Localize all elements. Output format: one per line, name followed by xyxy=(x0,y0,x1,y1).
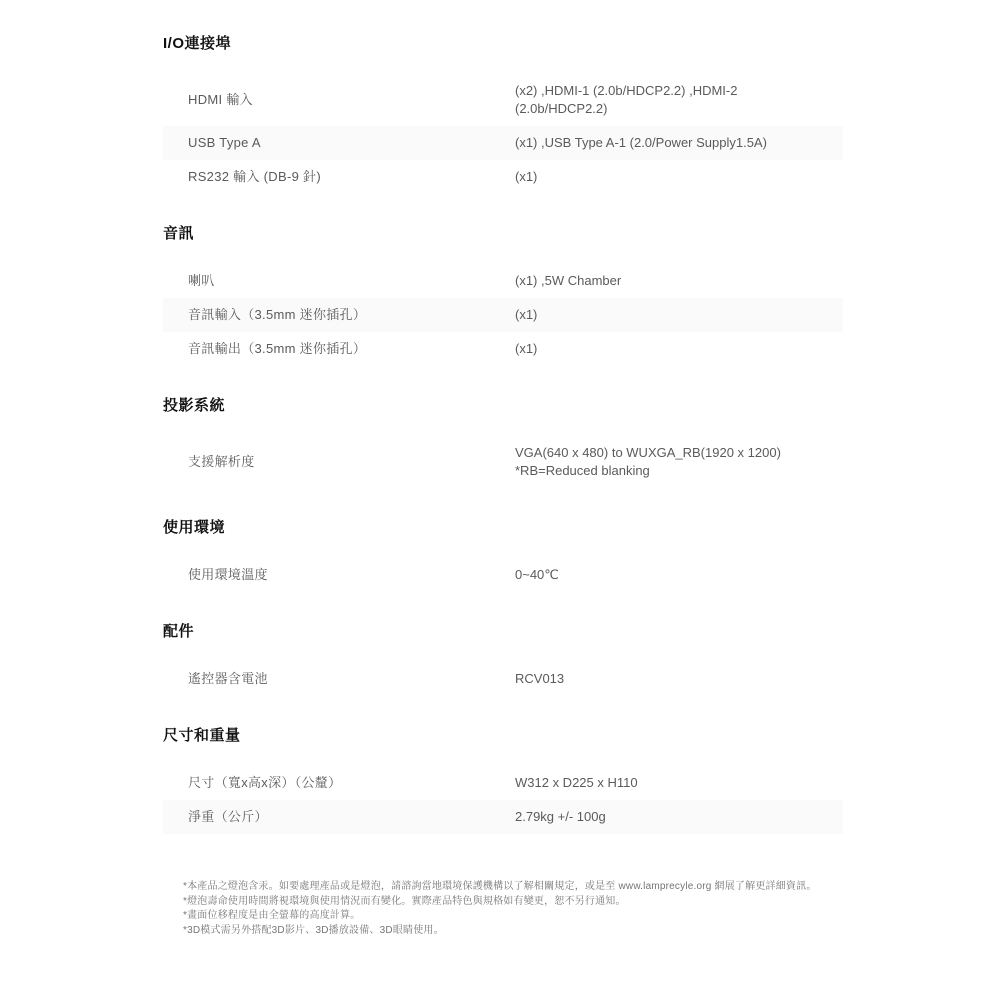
spec-label: RS232 輸入 (DB-9 針) xyxy=(188,168,515,186)
spec-value-line: (x1) xyxy=(515,340,833,358)
spec-value-line: 2.79kg +/- 100g xyxy=(515,808,833,826)
footnote-line: *畫面位移程度是由全螢幕的高度計算。 xyxy=(183,909,843,924)
footnote-line: *3D模式需另外搭配3D影片、3D播放設備、3D眼睛使用。 xyxy=(183,924,843,939)
spec-label: 尺寸（寬x高x深）（公釐） xyxy=(188,774,515,792)
spec-value: (x1) xyxy=(515,306,833,324)
section-title: 使用環境 xyxy=(163,520,843,536)
section-io-ports: I/O連接埠 HDMI 輸入 (x2) ,HDMI-1 (2.0b/HDCP2.… xyxy=(163,36,843,194)
section-dimensions-weight: 尺寸和重量 尺寸（寬x高x深）（公釐） W312 x D225 x H110 淨… xyxy=(163,728,843,834)
spec-value-line: W312 x D225 x H110 xyxy=(515,774,833,792)
spec-label: 淨重（公斤） xyxy=(188,808,515,826)
section-title: 尺寸和重量 xyxy=(163,728,843,744)
spec-rows: 尺寸（寬x高x深）（公釐） W312 x D225 x H110 淨重（公斤） … xyxy=(163,766,843,834)
spec-row: 使用環境溫度 0~40℃ xyxy=(163,558,843,592)
spec-sheet-page: I/O連接埠 HDMI 輸入 (x2) ,HDMI-1 (2.0b/HDCP2.… xyxy=(0,0,1000,1000)
spec-value: (x1) xyxy=(515,168,833,186)
spec-value-line: VGA(640 x 480) to WUXGA_RB(1920 x 1200) xyxy=(515,444,833,462)
spec-label: 支援解析度 xyxy=(188,453,515,471)
spec-value: 2.79kg +/- 100g xyxy=(515,808,833,826)
footnotes: *本產品之燈泡含汞。如要處理產品或是燈泡，請諮詢當地環境保護機構以了解相關規定，… xyxy=(183,880,843,938)
spec-row: 尺寸（寬x高x深）（公釐） W312 x D225 x H110 xyxy=(163,766,843,800)
spec-row: 支援解析度 VGA(640 x 480) to WUXGA_RB(1920 x … xyxy=(163,436,843,488)
section-title: 投影系統 xyxy=(163,398,843,414)
spec-value-line: *RB=Reduced blanking xyxy=(515,462,833,480)
spec-value-line: (x1) xyxy=(515,168,833,186)
spec-rows: 使用環境溫度 0~40℃ xyxy=(163,558,843,592)
spec-row: 淨重（公斤） 2.79kg +/- 100g xyxy=(163,800,843,834)
spec-rows: HDMI 輸入 (x2) ,HDMI-1 (2.0b/HDCP2.2) ,HDM… xyxy=(163,74,843,194)
spec-value-line: (x1) ,USB Type A-1 (2.0/Power Supply1.5A… xyxy=(515,134,833,152)
spec-row: HDMI 輸入 (x2) ,HDMI-1 (2.0b/HDCP2.2) ,HDM… xyxy=(163,74,843,126)
spec-value: (x1) xyxy=(515,340,833,358)
spec-rows: 喇叭 (x1) ,5W Chamber 音訊輸入（3.5mm 迷你插孔） (x1… xyxy=(163,264,843,366)
section-audio: 音訊 喇叭 (x1) ,5W Chamber 音訊輸入（3.5mm 迷你插孔） … xyxy=(163,226,843,366)
spec-value: VGA(640 x 480) to WUXGA_RB(1920 x 1200) … xyxy=(515,444,833,480)
spec-value-line: RCV013 xyxy=(515,670,833,688)
footnote-line: *本產品之燈泡含汞。如要處理產品或是燈泡，請諮詢當地環境保護機構以了解相關規定，… xyxy=(183,880,843,895)
spec-row: USB Type A (x1) ,USB Type A-1 (2.0/Power… xyxy=(163,126,843,160)
section-title: 配件 xyxy=(163,624,843,640)
section-title: 音訊 xyxy=(163,226,843,242)
spec-row: 遙控器含電池 RCV013 xyxy=(163,662,843,696)
section-title: I/O連接埠 xyxy=(163,36,843,52)
spec-label: HDMI 輸入 xyxy=(188,91,515,109)
spec-value-line: (2.0b/HDCP2.2) xyxy=(515,100,833,118)
footnote-line: *燈泡壽命使用時間將視環境與使用情況而有變化。實際產品特色與規格如有變更，恕不另… xyxy=(183,895,843,910)
spec-rows: 遙控器含電池 RCV013 xyxy=(163,662,843,696)
spec-value: (x1) ,5W Chamber xyxy=(515,272,833,290)
spec-value-line: (x1) ,5W Chamber xyxy=(515,272,833,290)
spec-value-line: 0~40℃ xyxy=(515,566,833,584)
spec-value-line: (x1) xyxy=(515,306,833,324)
spec-label: 喇叭 xyxy=(188,272,515,290)
spec-row: RS232 輸入 (DB-9 針) (x1) xyxy=(163,160,843,194)
spec-value: (x1) ,USB Type A-1 (2.0/Power Supply1.5A… xyxy=(515,134,833,152)
section-projection-system: 投影系統 支援解析度 VGA(640 x 480) to WUXGA_RB(19… xyxy=(163,398,843,488)
spec-value: RCV013 xyxy=(515,670,833,688)
spec-value-line: (x2) ,HDMI-1 (2.0b/HDCP2.2) ,HDMI-2 xyxy=(515,82,833,100)
spec-row: 喇叭 (x1) ,5W Chamber xyxy=(163,264,843,298)
spec-label: USB Type A xyxy=(188,134,515,152)
spec-value: W312 x D225 x H110 xyxy=(515,774,833,792)
section-accessories: 配件 遙控器含電池 RCV013 xyxy=(163,624,843,696)
spec-label: 音訊輸出（3.5mm 迷你插孔） xyxy=(188,340,515,358)
spec-label: 遙控器含電池 xyxy=(188,670,515,688)
spec-value: (x2) ,HDMI-1 (2.0b/HDCP2.2) ,HDMI-2 (2.0… xyxy=(515,82,833,118)
spec-row: 音訊輸出（3.5mm 迷你插孔） (x1) xyxy=(163,332,843,366)
section-operating-environment: 使用環境 使用環境溫度 0~40℃ xyxy=(163,520,843,592)
spec-row: 音訊輸入（3.5mm 迷你插孔） (x1) xyxy=(163,298,843,332)
spec-label: 音訊輸入（3.5mm 迷你插孔） xyxy=(188,306,515,324)
spec-rows: 支援解析度 VGA(640 x 480) to WUXGA_RB(1920 x … xyxy=(163,436,843,488)
spec-label: 使用環境溫度 xyxy=(188,566,515,584)
spec-value: 0~40℃ xyxy=(515,566,833,584)
